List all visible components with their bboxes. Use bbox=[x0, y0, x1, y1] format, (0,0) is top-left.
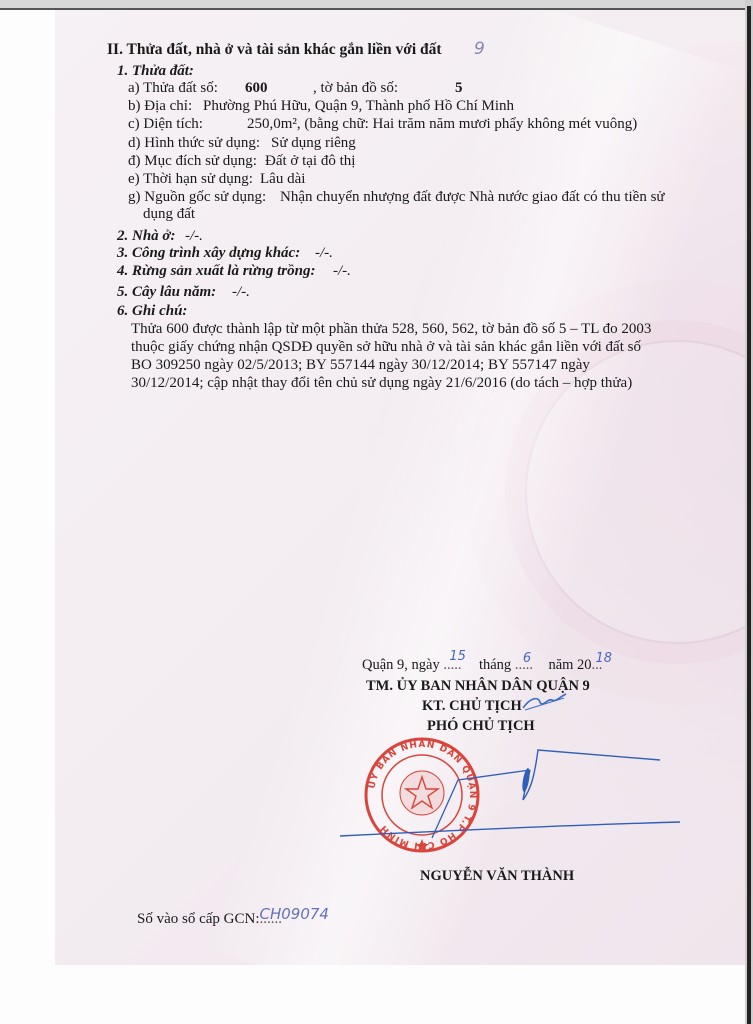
land-heading: 1. Thửa đất: bbox=[117, 62, 194, 80]
certificate-content: II. Thửa đất, nhà ở và tài sản khác gắn … bbox=[0, 0, 753, 1024]
perennial-heading: 5. Cây lâu năm: bbox=[117, 283, 216, 301]
notes-line: 30/12/2014; cập nhật thay đổi tên chủ sử… bbox=[131, 374, 632, 392]
purpose-value: Đất ở tại đô thị bbox=[265, 152, 355, 170]
signing-day: ..... 15 bbox=[443, 656, 475, 674]
signing-month-label: tháng bbox=[479, 657, 511, 673]
area-label: c) Diện tích: bbox=[128, 115, 203, 133]
forest-value: -/-. bbox=[333, 262, 351, 280]
map-number: 5 bbox=[455, 79, 463, 97]
signing-place-prefix: Quận 9, ngày bbox=[362, 657, 440, 673]
signing-year-label: năm 20 bbox=[548, 657, 591, 673]
other-construction-value: -/-. bbox=[315, 244, 333, 262]
purpose-label: đ) Mục đích sử dụng: bbox=[128, 152, 257, 170]
signing-month: ..... 6 bbox=[515, 656, 545, 674]
forest-heading: 4. Rừng sản xuất là rừng trồng: bbox=[117, 262, 315, 280]
origin-value-line2: dụng đất bbox=[143, 205, 195, 223]
registry-number: Số vào sổ cấp GCN: ...... CH09074 bbox=[137, 910, 340, 928]
notes-heading: 6. Ghi chú: bbox=[117, 302, 187, 320]
signing-year-suffix: ... 18 bbox=[592, 656, 616, 674]
other-construction-heading: 3. Công trình xây dựng khác: bbox=[117, 244, 300, 262]
parcel-number: 600 bbox=[245, 79, 268, 97]
signer-name: NGUYỄN VĂN THÀNH bbox=[420, 868, 574, 885]
term-value: Lâu dài bbox=[260, 170, 305, 188]
term-label: e) Thời hạn sử dụng: bbox=[128, 170, 253, 188]
perennial-value: -/-. bbox=[232, 283, 250, 301]
form-label: d) Hình thức sử dụng: bbox=[128, 134, 260, 152]
house-heading: 2. Nhà ở: bbox=[117, 227, 175, 245]
section-title: II. Thửa đất, nhà ở và tài sản khác gắn … bbox=[107, 41, 442, 59]
deputy-of-title: KT. CHỦ TỊCH bbox=[422, 698, 522, 715]
signing-place-date: Quận 9, ngày ..... 15 tháng ..... 6 năm … bbox=[362, 656, 616, 674]
house-value: -/-. bbox=[185, 227, 203, 245]
map-label: , tờ bản đồ số: bbox=[313, 79, 398, 97]
parcel-label: a) Thửa đất số: bbox=[128, 79, 218, 97]
signature-icon bbox=[340, 740, 680, 850]
notes-line: BO 309250 ngày 02/5/2013; BY 557144 ngày… bbox=[131, 356, 590, 374]
notes-line: Thửa 600 được thành lập từ một phần thửa… bbox=[131, 320, 651, 338]
registry-value: ...... CH09074 bbox=[260, 910, 340, 928]
area-value: 250,0m², (bằng chữ: Hai trăm năm mươi ph… bbox=[247, 115, 637, 133]
page-mark: 9 bbox=[474, 40, 485, 58]
address-value: Phường Phú Hữu, Quận 9, Thành phố Hồ Chí… bbox=[203, 97, 514, 115]
address-label: b) Địa chỉ: bbox=[128, 97, 192, 115]
position-title: PHÓ CHỦ TỊCH bbox=[427, 718, 535, 735]
origin-label: g) Nguồn gốc sử dụng: bbox=[128, 188, 266, 206]
form-value: Sử dụng riêng bbox=[271, 134, 356, 152]
initial-mark-icon bbox=[520, 690, 570, 714]
origin-value-line1: Nhận chuyển nhượng đất được Nhà nước gia… bbox=[280, 188, 665, 206]
registry-label: Số vào sổ cấp GCN: bbox=[137, 911, 260, 927]
notes-line: thuộc giấy chứng nhận QSDĐ quyền sở hữu … bbox=[131, 338, 641, 356]
